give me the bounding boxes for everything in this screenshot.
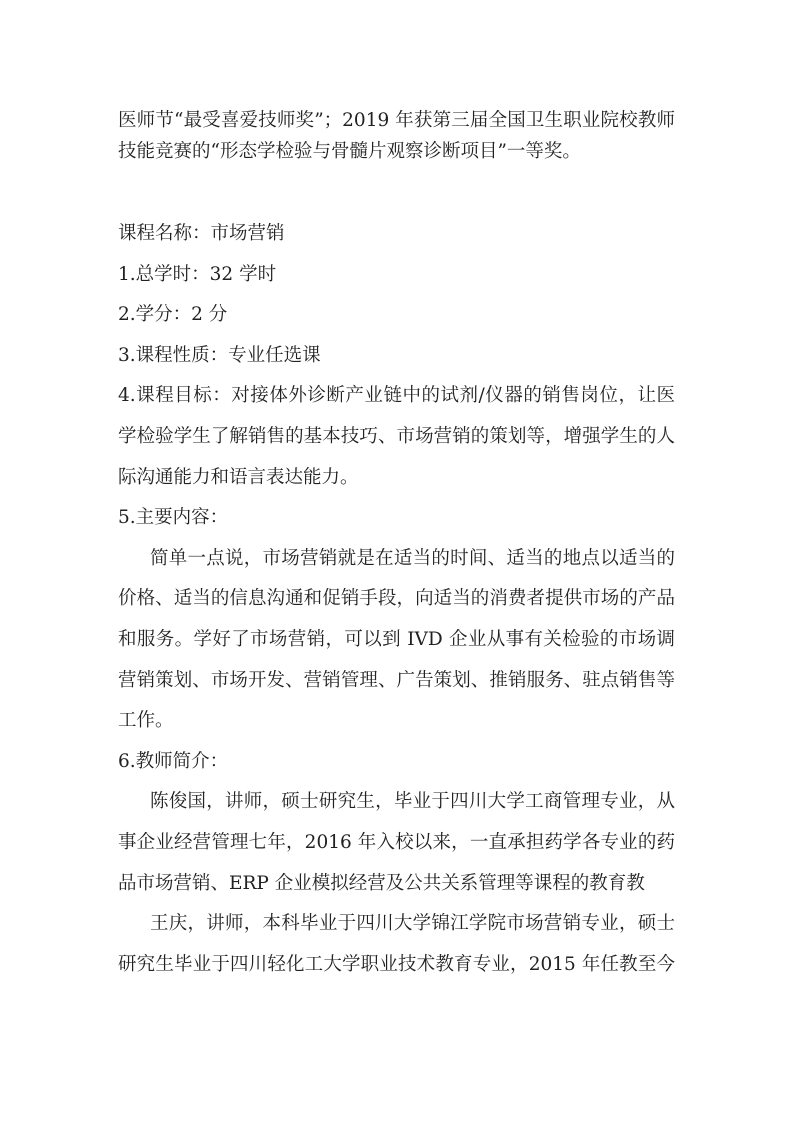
line-objective-1: 4.课程目标：对接体外诊断产业链中的试剂/仪器的销售岗位，让医: [118, 376, 675, 417]
line-objective-3: 际沟通能力和语言表达能力。: [118, 458, 675, 499]
line-content-2: 价格、适当的信息沟通和促销手段，向适当的消费者提供市场的产品: [118, 579, 675, 620]
document-content: 医师节“最受喜爱技师奖”；2019 年获第三届全国卫生职业院校教师 技能竞赛的“…: [118, 105, 675, 985]
line-teacher-chen-2: 事企业经营管理七年，2016 年入校以来，一直承担药学各专业的药: [118, 823, 675, 864]
line-total-hours: 1.总学时：32 学时: [118, 255, 675, 296]
line-teacher-wang-2: 研究生毕业于四川轻化工大学职业技术教育专业，2015 年任教至今: [118, 945, 675, 986]
line-award-1: 医师节“最受喜爱技师奖”；2019 年获第三届全国卫生职业院校教师: [118, 105, 675, 136]
line-teacher-wang-1: 王庆，讲师，本科毕业于四川大学锦江学院市场营销专业，硕士: [118, 904, 675, 945]
document-page: 医师节“最受喜爱技师奖”；2019 年获第三届全国卫生职业院校教师 技能竞赛的“…: [0, 0, 793, 1122]
line-award-2: 技能竞赛的“形态学检验与骨髓片观察诊断项目”一等奖。: [118, 136, 675, 167]
line-content-5: 工作。: [118, 701, 675, 742]
line-objective-2: 学检验学生了解销售的基本技巧、市场营销的策划等，增强学生的人: [118, 417, 675, 458]
line-course-name: 课程名称：市场营销: [118, 214, 675, 255]
line-credits: 2.学分：2 分: [118, 295, 675, 336]
paragraph-course-syllabus: 课程名称：市场营销 1.总学时：32 学时 2.学分：2 分 3.课程性质：专业…: [118, 214, 675, 985]
line-teacher-chen-1: 陈俊国，讲师，硕士研究生，毕业于四川大学工商管理专业，从: [118, 782, 675, 823]
line-content-4: 营销策划、市场开发、营销管理、广告策划、推销服务、驻点销售等: [118, 661, 675, 702]
line-teacher-intro-head: 6.教师简介：: [118, 742, 675, 783]
line-teacher-chen-3: 品市场营销、ERP 企业模拟经营及公共关系管理等课程的教育教学。: [118, 864, 675, 905]
paragraph-award-continuation: 医师节“最受喜爱技师奖”；2019 年获第三届全国卫生职业院校教师 技能竞赛的“…: [118, 105, 675, 167]
line-content-1: 简单一点说，市场营销就是在适当的时间、适当的地点以适当的: [118, 539, 675, 580]
line-main-content-head: 5.主要内容：: [118, 498, 675, 539]
line-content-3: 和服务。学好了市场营销，可以到 IVD 企业从事有关检验的市场调研、: [118, 620, 675, 661]
line-course-type: 3.课程性质：专业任选课: [118, 336, 675, 377]
